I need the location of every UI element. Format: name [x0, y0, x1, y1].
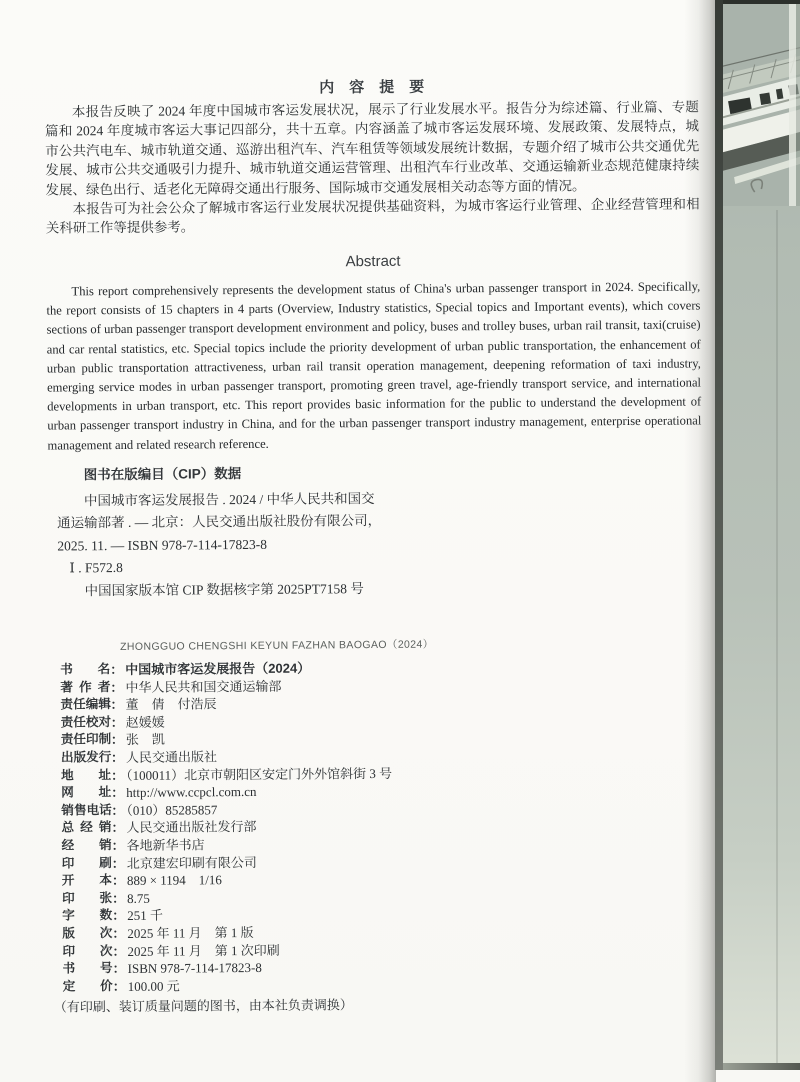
- colon: ：: [111, 750, 124, 765]
- colophon-value: http://www.ccpcl.com.cn: [126, 784, 256, 800]
- colophon-label: 出版发行: [61, 749, 111, 767]
- colophon-label: 书号: [63, 960, 113, 978]
- colophon-value: 251 千: [127, 908, 163, 923]
- colon: ：: [112, 891, 125, 906]
- colophon-label: 经销: [62, 837, 112, 855]
- colon: ：: [110, 697, 123, 712]
- colophon-value: 中华人民共和国交通运输部: [125, 678, 281, 694]
- colon: ：: [113, 961, 126, 976]
- colon: ：: [112, 926, 125, 941]
- colophon-value: 董 倩 付浩辰: [125, 696, 216, 712]
- colon: ：: [112, 855, 125, 870]
- summary-paragraph-1: 本报告反映了 2024 年度中国城市客运发展状况，展示了行业发展水平。报告分为综…: [45, 97, 700, 199]
- colophon-label: 总经销: [61, 819, 111, 837]
- colophon-label: 责任校对: [61, 714, 111, 732]
- cip-line: 中国城市客运发展报告 . 2024 / 中华人民共和国交: [57, 487, 477, 513]
- colophon-label: 字数: [62, 907, 112, 925]
- page-edge-shadow: [684, 0, 716, 1082]
- colon: ：: [110, 662, 123, 677]
- page-gutter-line: [715, 0, 723, 1070]
- colophon-value: ISBN 978-7-114-17823-8: [128, 960, 262, 976]
- colophon-value: 2025 年 11 月 第 1 版: [127, 925, 253, 941]
- colon: ：: [112, 908, 125, 923]
- colophon-value: 北京建宏印刷有限公司: [127, 854, 257, 870]
- colophon-value: 中国城市客运发展报告（2024）: [125, 660, 310, 676]
- colon: ：: [111, 803, 124, 818]
- cip-line: 通运输部著 . — 北京：人民交通出版社股份有限公司，: [57, 510, 477, 536]
- colophon-label: 责任编辑: [60, 696, 110, 714]
- colon: ：: [111, 785, 124, 800]
- colophon-value: （100011）北京市朝阳区安定门外外馆斜街 3 号: [126, 765, 392, 782]
- colophon-value: （010）85285857: [126, 802, 217, 818]
- colon: ：: [111, 820, 124, 835]
- colophon-value: 赵媛媛: [126, 714, 165, 729]
- colon: ：: [111, 768, 124, 783]
- colophon-value: 889 × 1194 1/16: [127, 872, 222, 888]
- colophon-label: 印次: [62, 943, 112, 961]
- colophon-value: 100.00 元: [128, 978, 180, 993]
- colophon-label: 责任印制: [61, 731, 111, 749]
- cip-line: 中国国家版本馆 CIP 数据核字第 2025PT7158 号: [58, 577, 478, 603]
- cip-block: 图书在版编目（CIP）数据 中国城市客运发展报告 . 2024 / 中华人民共和…: [57, 460, 478, 602]
- summary-title: 内 容 提 要: [45, 73, 699, 99]
- colophon-value: 人民交通出版社: [126, 749, 217, 765]
- colophon-value: 2025 年 11 月 第 1 次印刷: [127, 942, 279, 958]
- colon: ：: [112, 838, 125, 853]
- colophon-label: 网址: [61, 784, 111, 802]
- page-content: 内 容 提 要 本报告反映了 2024 年度中国城市客运发展状况，展示了行业发展…: [44, 0, 706, 1082]
- colophon-label: 开本: [62, 872, 112, 890]
- colophon-block: ZHONGGUO CHENGSHI KEYUN FAZHAN BAOGAO（20…: [49, 628, 612, 1016]
- scanned-copyright-page: { "summary": { "title": "内 容 提 要", "para…: [0, 0, 800, 1082]
- colophon-label: 地址: [61, 767, 111, 785]
- colophon-value: 张 凯: [126, 732, 165, 747]
- colophon-label: 印张: [62, 890, 112, 908]
- colon: ：: [112, 873, 125, 888]
- abstract-body: This report comprehensively represents t…: [46, 277, 701, 455]
- colon: ：: [110, 680, 123, 695]
- colon: ：: [111, 732, 124, 747]
- colophon-label: 销售电话: [61, 802, 111, 820]
- summary-body: 本报告反映了 2024 年度中国城市客运发展状况，展示了行业发展水平。报告分为综…: [45, 97, 700, 238]
- colophon-label: 印刷: [62, 855, 112, 873]
- abstract-paragraph: This report comprehensively represents t…: [46, 277, 701, 455]
- colophon-label: 书名: [60, 661, 110, 679]
- book-cover-strip: [723, 0, 800, 1070]
- colophon-value: 人民交通出版社发行部: [126, 819, 256, 835]
- pinyin-title: ZHONGGUO CHENGSHI KEYUN FAZHAN BAOGAO（20…: [120, 635, 609, 654]
- cover-bottom-edge: [723, 1063, 800, 1070]
- cover-seam: [776, 210, 778, 1063]
- colophon-label: 著作者: [60, 679, 110, 697]
- quality-note: （有印刷、装订质量问题的图书，由本社负责调换）: [54, 992, 612, 1015]
- cip-line: Ⅰ . F572.8: [57, 554, 477, 580]
- colon: ：: [111, 715, 124, 730]
- colophon-label: 定价: [63, 978, 113, 996]
- abstract-title: Abstract: [46, 250, 700, 272]
- summary-paragraph-2: 本报告可为社会公众了解城市客运行业发展状况提供基础资料，为城市客运行业管理、企业…: [46, 194, 700, 238]
- colon: ：: [112, 943, 125, 958]
- colophon-value: 8.75: [127, 890, 150, 905]
- cip-heading: 图书在版编目（CIP）数据: [57, 460, 477, 483]
- cip-line: 2025. 11. — ISBN 978-7-114-17823-8: [57, 532, 477, 558]
- colon: ：: [113, 979, 126, 994]
- colophon-value: 各地新华书店: [127, 837, 205, 853]
- colophon-label: 版次: [62, 925, 112, 943]
- book-cover-photo: [723, 4, 800, 206]
